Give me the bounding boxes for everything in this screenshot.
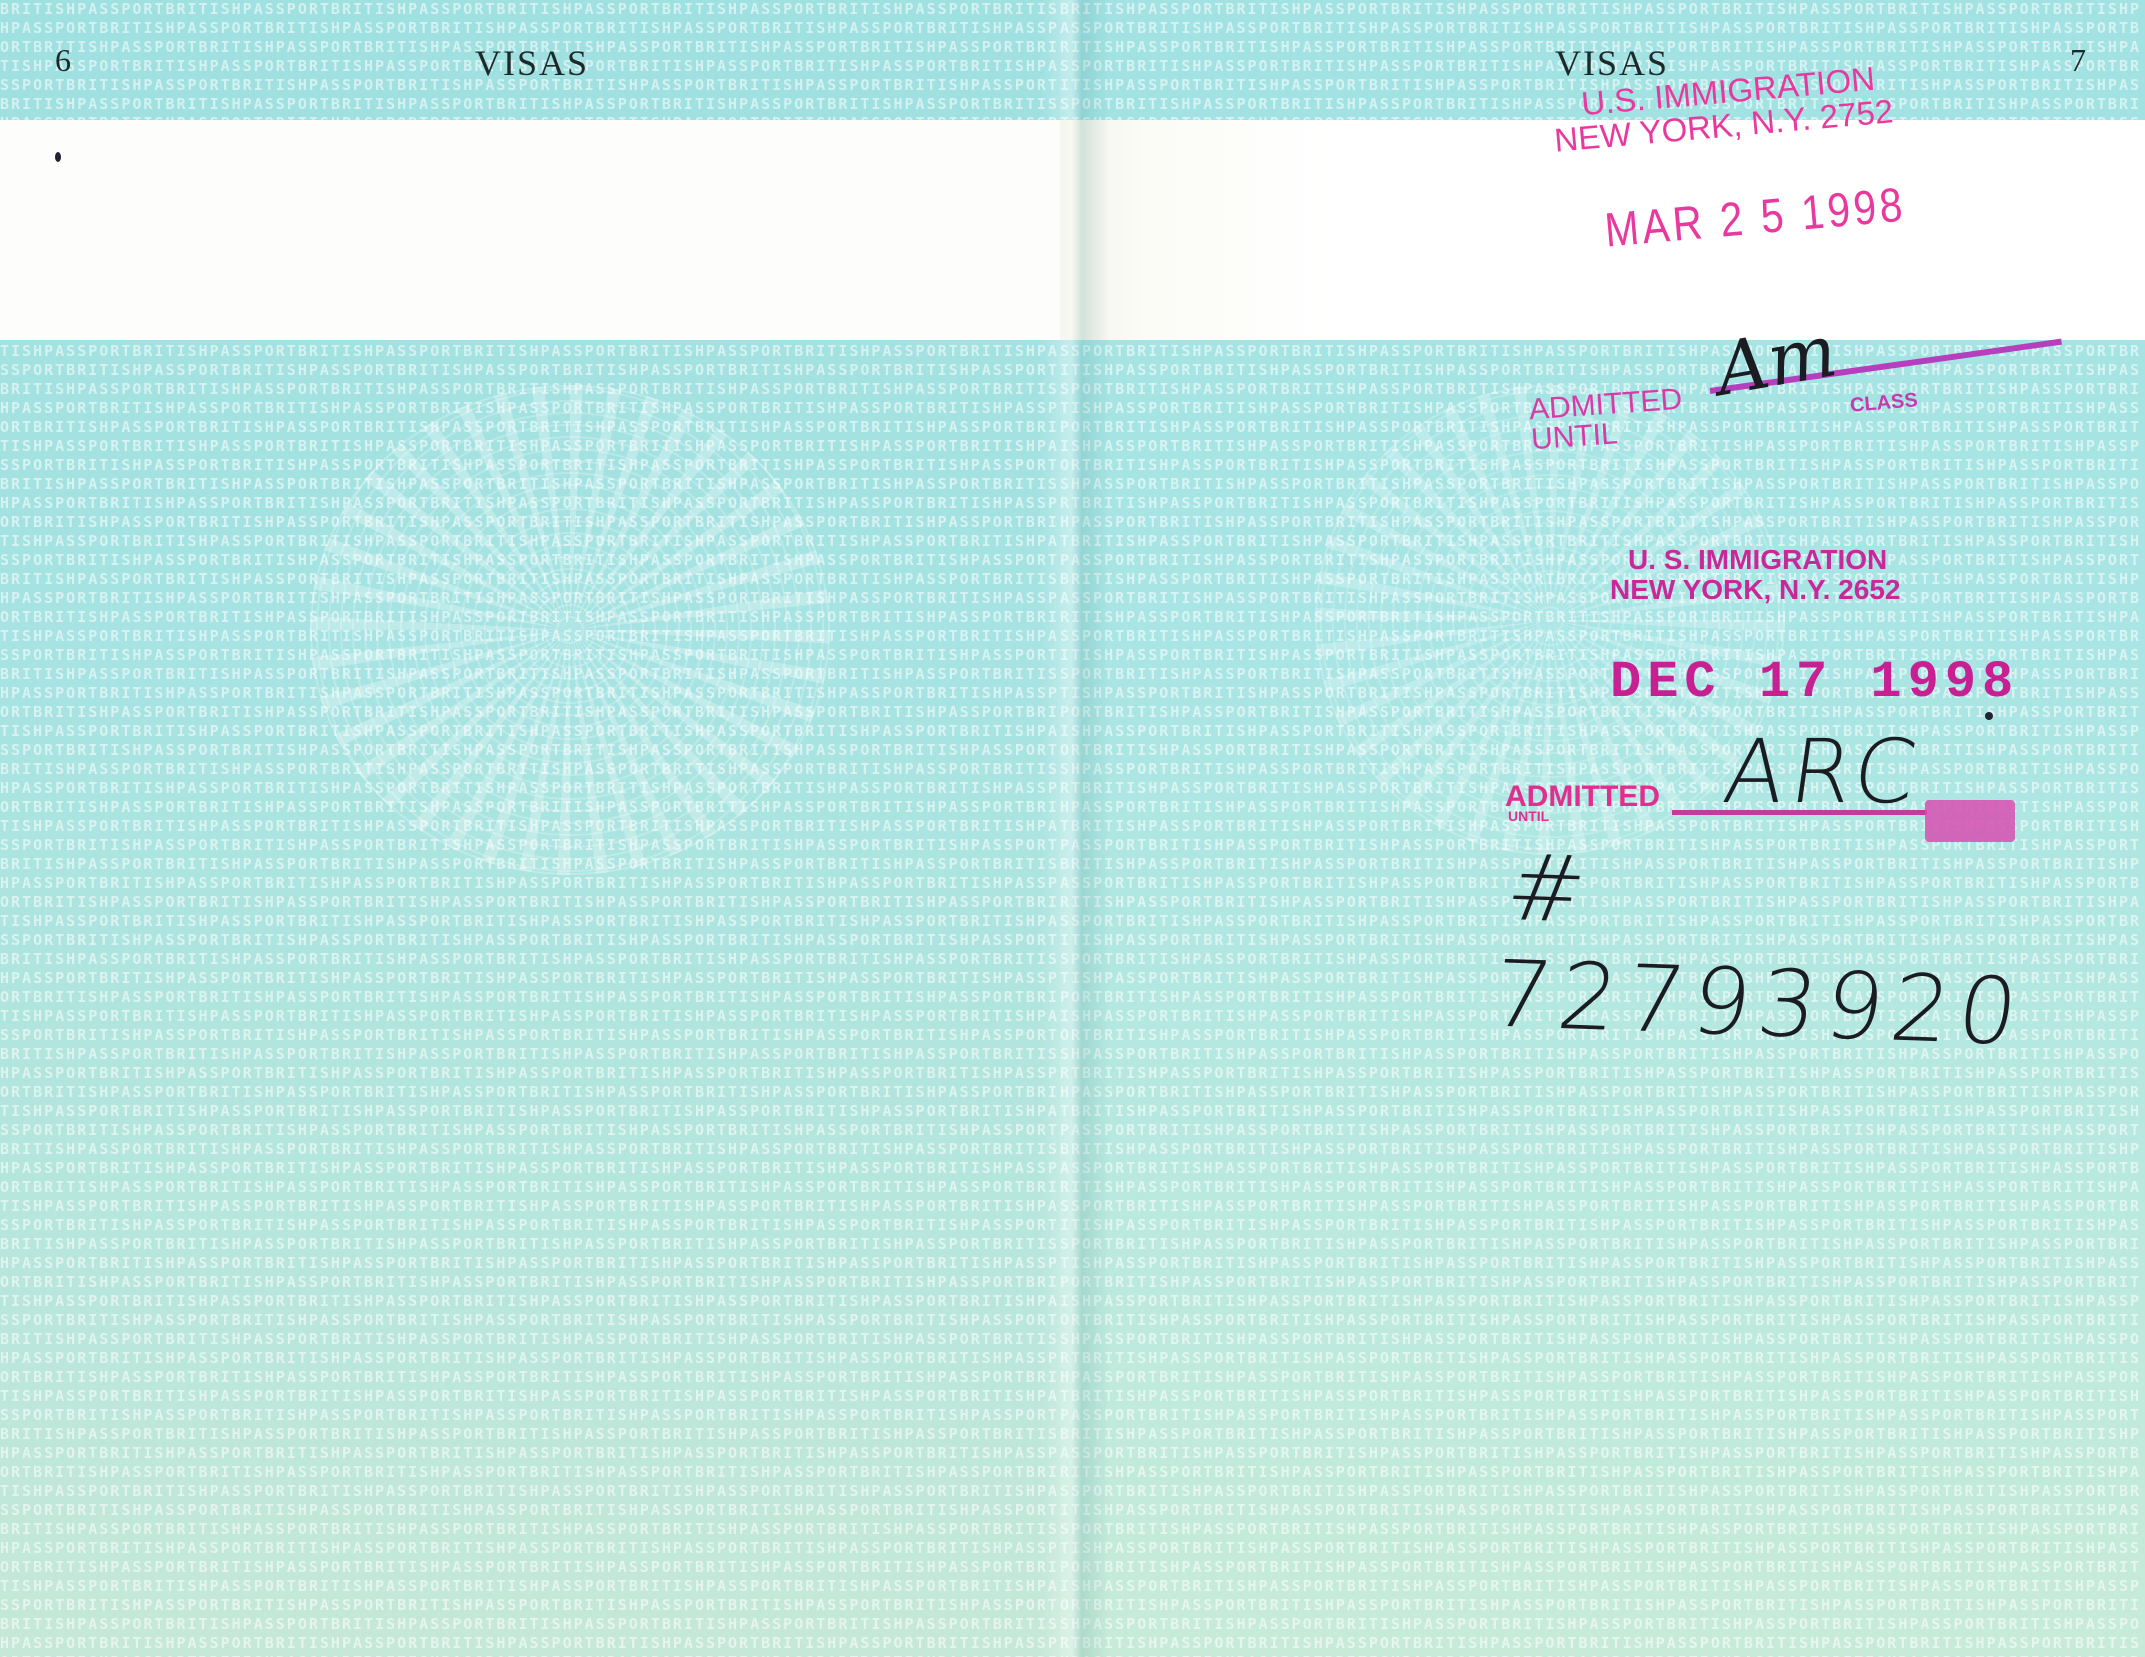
guilloche-rosette-watermark xyxy=(310,385,830,875)
handwritten-class-2: ARC xyxy=(1718,720,1929,823)
page-number: 6 xyxy=(55,42,71,79)
page-title: VISAS xyxy=(475,42,589,84)
left-page: BRITISHPASSPORTBRITISHPASSPORTBRITISHPAS… xyxy=(0,0,1060,1657)
stamp-date: DEC 17 1998 xyxy=(1610,653,2019,712)
until-label-2: UNTIL xyxy=(1508,808,1549,824)
stamp-port: NEW YORK, N.Y. 2652 xyxy=(1610,575,2019,605)
admitted-until-label-1: ADMITTED UNTIL xyxy=(1528,385,1685,456)
ink-speck xyxy=(1985,712,1993,720)
ink-speck xyxy=(55,152,61,162)
entry-stamp-1: U.S. IMMIGRATION NEW YORK, N.Y. 2752 MAR… xyxy=(1550,55,1968,263)
stamp-authority: U. S. IMMIGRATION xyxy=(1610,545,2019,575)
white-stamp-band xyxy=(0,120,1060,340)
book-spine-fold xyxy=(1040,0,1110,1657)
entry-stamp-2: U. S. IMMIGRATION NEW YORK, N.Y. 2652 DE… xyxy=(1610,545,2019,712)
class-box-smudge xyxy=(1925,800,2015,842)
page-number: 7 xyxy=(2070,42,2086,79)
page-title: VISAS xyxy=(1555,42,1669,84)
handwritten-number: # 72793920 xyxy=(1485,834,2145,1070)
